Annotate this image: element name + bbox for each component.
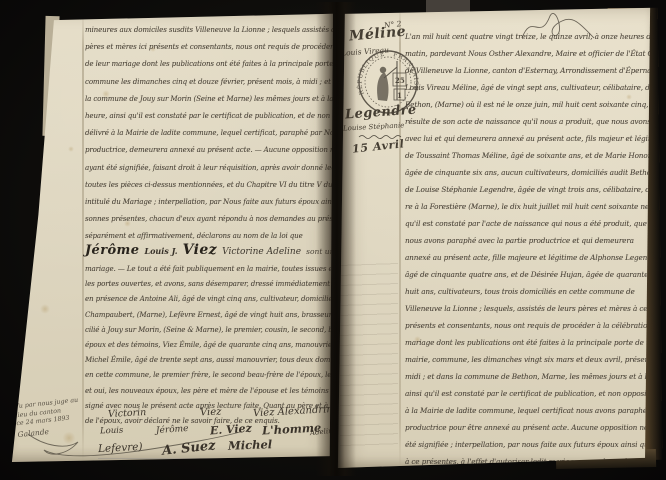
margin-date: 15 Avril [351,137,405,155]
handwritten-line: mineures aux domiciles susdits Villeneuv… [85,22,333,39]
union-declaration: Jérôme Louis J. Viez Victorine Adeline s… [85,239,365,258]
handwritten-line: de Villeneuve la Lionne, canton d'Estern… [405,62,652,79]
margin-bride-firstnames: Louise Stéphanie [343,121,405,132]
handwritten-line: et oui, les nouveaux époux, les père et … [85,384,333,399]
handwritten-line: Michel Émile, âgé de trente sept ans, au… [85,353,333,368]
handwritten-line: âgée de cinquante six ans, aucun cultiva… [405,164,652,181]
handwritten-line: Louis Vireau Méline, âgé de vingt sept a… [405,79,652,96]
handwritten-line: productrice pour être annexé au présent … [405,419,652,436]
handwritten-line: ayant été signifiée, faisant droit à leu… [85,160,333,177]
handwritten-line: époux et des témoins, Viez Émile, âgé de… [85,338,333,353]
left-page: mineures aux domiciles susdits Villeneuv… [10,12,333,462]
handwritten-line: heure, ainsi qu'il est constaté par le c… [85,108,333,125]
handwritten-line: la commune de Jouy sur Morin (Seine et M… [85,91,333,108]
signature: Lefevre) [98,441,143,455]
groom-given-name: Jérôme [85,243,139,258]
handwritten-line: mariage. — Le tout a été fait publiqueme… [85,262,333,277]
handwritten-line: L'an mil huit cent quatre vingt treize, … [405,28,652,45]
handwritten-line: mariage dont les publications ont été fa… [405,334,652,351]
signature: Adelin [310,427,333,437]
handwritten-line: sonnes présentes, chacun d'eux ayant rép… [85,211,333,228]
handwritten-line: qu'il est constaté par l'acte de naissan… [405,215,652,232]
signature: Michel [228,437,273,453]
handwritten-line: Villeneuve la Lionne ; lesquels, assisté… [405,300,652,317]
handwritten-line: re à la Forestière (Marne), le dix huit … [405,198,652,215]
handwritten-line: en cette commune, le premier frère, le s… [85,368,333,383]
bride-name: Victorine Adeline [222,247,301,257]
handwritten-line: mairie, commune, les dimanches vingt six… [405,351,652,368]
left-page-text-lower: mariage. — Le tout a été fait publiqueme… [85,262,333,429]
left-page-text-upper: mineures aux domiciles susdits Villeneuv… [85,22,333,245]
handwritten-line: huit ans, cultivateurs, tous trois domic… [405,283,652,300]
register-scan: mineures aux domiciles susdits Villeneuv… [0,0,666,480]
margin-groom-surname: Méline [348,24,406,45]
signature: Victorin [108,407,147,420]
handwritten-line: de leur mariage dont les publications on… [85,56,333,73]
svg-text:25: 25 [395,76,405,85]
handwritten-line: âgé de cinquante quatre ans, et de Désir… [405,266,652,283]
handwritten-line: Champaubert, (Marne), Lefèvre Ernest, âg… [85,308,333,323]
handwritten-line: matin, pardevant Nous Osther Alexandre, … [405,45,652,62]
svg-text:1: 1 [397,91,402,100]
signature: Viez [200,407,222,419]
right-page: N° 2 Méline Louis Vireau † RÉPUBLIQUE FR… [336,6,652,468]
handwritten-line: présents et consentants, nous ont requis… [405,317,652,334]
faint-rule-line [98,458,313,459]
groom-middle-name: Louis J. [144,246,177,256]
handwritten-line: ainsi qu'il est constaté par le certific… [405,385,652,402]
page-stack-top [426,0,470,13]
handwritten-line: productrice, demeurera annexé au présent… [85,142,333,159]
margin-cross-icon: † [337,60,345,75]
groom-surname: Viez [183,242,217,258]
foxing-spot [40,304,50,314]
ink-bleed-through [340,256,398,446]
handwritten-line: midi ; et dans la commune de Bethon, Mar… [405,368,652,385]
handwritten-line: Bethon, (Marne) où il est né le onze jui… [405,96,652,113]
handwritten-line: nous avons paraphé avec la partie produc… [405,232,652,249]
signature: Louis [100,426,124,437]
handwritten-line: avec lui et qui demeurera annexé au prés… [405,130,652,147]
handwritten-line: été signifiée ; interpellation, par nous… [405,436,652,453]
right-page-text: L'an mil huit cent quatre vingt treize, … [405,28,652,470]
handwritten-line: de Toussaint Thomas Méline, âgé de soixa… [405,147,652,164]
handwritten-line: en présence de Antoine Ali, âgé de vingt… [85,292,333,307]
foxing-spot [68,146,74,152]
handwritten-line: à la Mairie de ladite commune, lequel ce… [405,402,652,419]
handwritten-line: de Louise Stéphanie Legendre, âgée de vi… [405,181,652,198]
fold-crease [82,12,84,462]
handwritten-line: toutes les pièces ci-dessus mentionnées,… [85,177,333,194]
handwritten-line: annexé au présent acte, fille majeure et… [405,249,652,266]
handwritten-line: intitulé du Mariage ; interpellation, pa… [85,194,333,211]
handwritten-line: résulte de son acte de naissance qu'il n… [405,113,652,130]
handwritten-line: délivré à la Mairie de ladite commune, l… [85,125,333,142]
handwritten-line: commune les dimanches cinq et douze févr… [85,74,333,91]
handwritten-line: pères et mères ici présents et consentan… [85,39,333,56]
handwritten-line: les portes ouvertes, et avons, sans dése… [85,277,333,292]
handwritten-line: cilié à Jouy sur Morin, (Seine & Marne),… [85,323,333,338]
